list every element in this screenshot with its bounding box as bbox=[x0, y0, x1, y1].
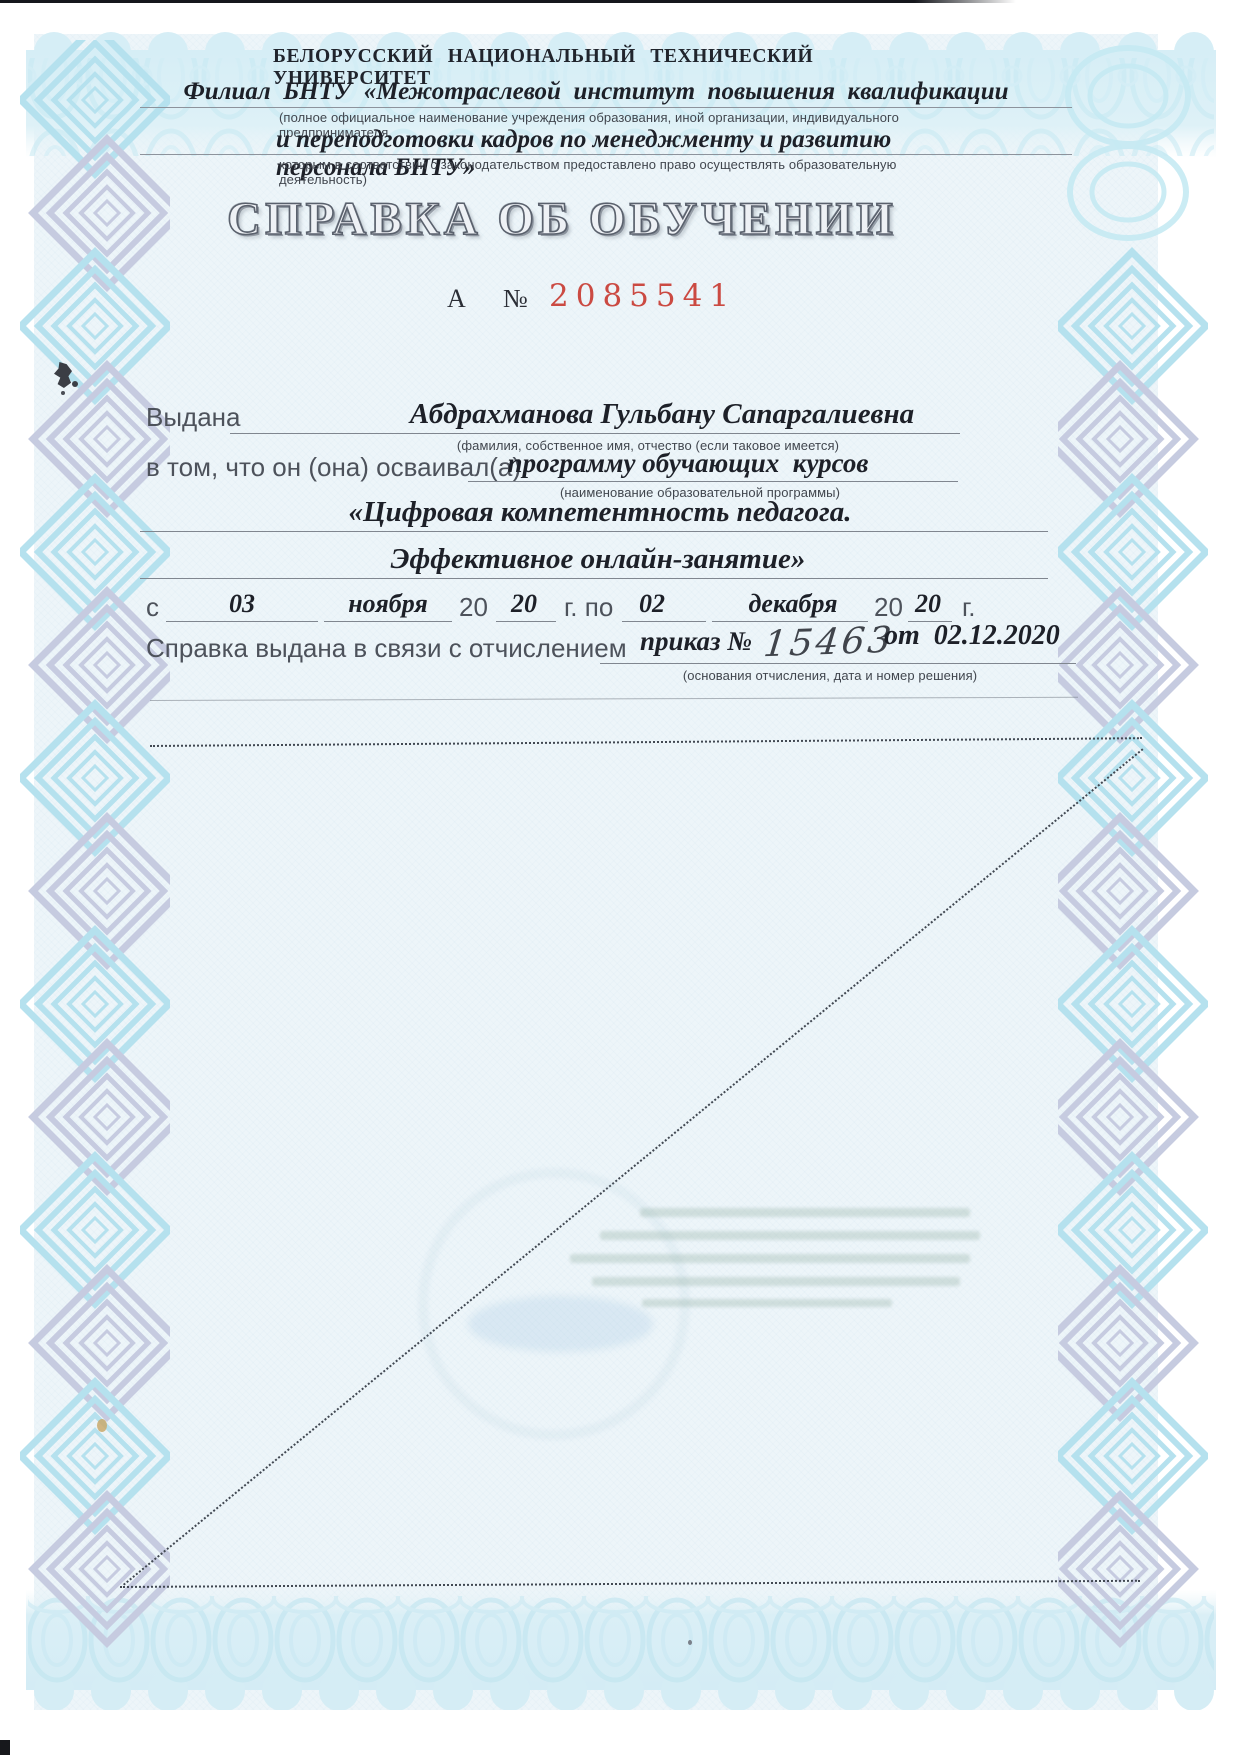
bleed-through-blob bbox=[468, 1296, 653, 1352]
to-day-underline bbox=[622, 621, 706, 622]
bleed-through-text-line bbox=[642, 1299, 892, 1307]
scan-speck bbox=[688, 1640, 692, 1645]
holder-name: Абдрахманова Гульбану Сапаргалиевна bbox=[410, 398, 914, 431]
series-letter: А bbox=[447, 284, 466, 314]
period-from-month: ноября bbox=[348, 589, 428, 619]
studied-label: в том, что он (она) осваивал(а) bbox=[146, 452, 521, 483]
order-underline bbox=[600, 663, 1076, 664]
scan-corner-mark bbox=[0, 1740, 10, 1755]
from-year-underline bbox=[496, 621, 556, 622]
period-from-day: 03 bbox=[229, 589, 255, 619]
left-diamond-border bbox=[20, 40, 170, 1660]
program-name-line1: «Цифровая компетентность педагога. bbox=[349, 496, 852, 529]
bleed-through-text-line bbox=[600, 1231, 980, 1240]
program-name-underline-1 bbox=[140, 531, 1048, 532]
paper-stain bbox=[97, 1419, 107, 1432]
dismissal-reason-label: Справка выдана в связи с отчислением bbox=[146, 633, 627, 664]
period-from-label: с bbox=[146, 592, 159, 623]
order-label: приказ № bbox=[640, 626, 752, 657]
bleed-through-text-line bbox=[570, 1254, 970, 1263]
program-name-line2: Эффективное онлайн-занятие» bbox=[391, 543, 806, 576]
scan-edge-line bbox=[0, 0, 1016, 3]
order-number-handwritten: 15463 bbox=[762, 620, 896, 665]
certificate-page: БЕЛОРУССКИЙ НАЦИОНАЛЬНЫЙ ТЕХНИЧЕСКИЙ УНИ… bbox=[0, 0, 1242, 1755]
branch-name-line1: Филиал БНТУ «Межотраслевой институт повы… bbox=[183, 78, 1008, 106]
dismissal-note: (основания отчисления, дата и номер реше… bbox=[683, 668, 977, 683]
issued-label: Выдана bbox=[146, 402, 240, 433]
bleed-through-text-line bbox=[592, 1277, 960, 1286]
program-name-underline-2 bbox=[140, 578, 1048, 579]
right-diamond-border bbox=[1058, 36, 1208, 1660]
program-type-underline bbox=[468, 481, 958, 482]
holder-name-underline bbox=[230, 433, 960, 434]
branch-note-2: которым в соответствии с законодательств… bbox=[279, 157, 921, 187]
serial-number: 2085541 bbox=[549, 278, 736, 314]
period-mid-label: г. по bbox=[564, 592, 613, 623]
period-to-month: декабря bbox=[749, 589, 838, 619]
branch-underline-2 bbox=[140, 154, 1072, 155]
period-to-century: 20 bbox=[874, 592, 903, 623]
period-end-label: г. bbox=[962, 592, 976, 623]
period-to-day: 02 bbox=[639, 589, 665, 619]
certificate-title: СПРАВКА ОБ ОБУЧЕНИИ bbox=[227, 192, 897, 246]
program-type: программу обучающих курсов bbox=[508, 448, 869, 479]
branch-underline-1 bbox=[140, 107, 1072, 108]
number-sign: № bbox=[503, 284, 528, 314]
from-day-underline bbox=[166, 621, 318, 622]
ink-blot-dot bbox=[72, 381, 78, 387]
period-from-year: 20 bbox=[511, 589, 537, 619]
bleed-through-text-line bbox=[640, 1208, 970, 1217]
ink-blot-dot-small bbox=[61, 391, 65, 395]
bottom-guilloche-band bbox=[26, 1590, 1216, 1710]
from-month-underline bbox=[324, 621, 452, 622]
period-to-year: 20 bbox=[915, 589, 941, 619]
period-from-century: 20 bbox=[459, 592, 488, 623]
order-date: от 02.12.2020 bbox=[884, 620, 1060, 652]
